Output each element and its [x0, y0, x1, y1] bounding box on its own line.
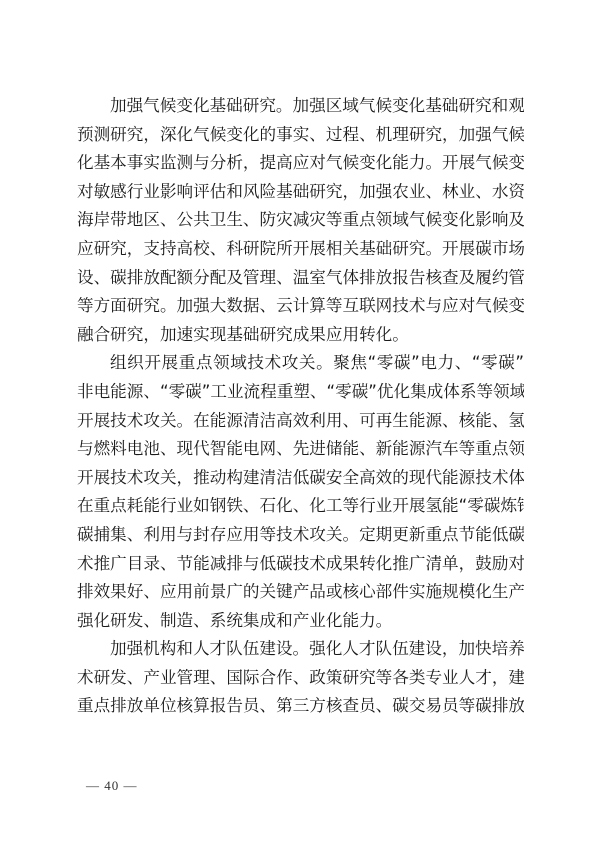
paragraph-2-line-3: 开展技术攻关。在能源清洁高效利用、可再生能源、核能、氢能 [77, 407, 524, 436]
page-number: — 40 — [86, 778, 138, 794]
paragraph-2-line-6: 在重点耗能行业如钢铁、石化、化工等行业开展氢能“零碳炼钢”、 [77, 492, 524, 521]
paragraph-2-line-8: 术推广目录、节能减排与低碳技术成果转化推广清单，鼓励对减 [77, 550, 524, 579]
paragraph-2-line-9: 排效果好、应用前景广的关键产品或核心部件实施规模化生产， [77, 578, 524, 607]
paragraph-3-line-1: 加强机构和人才队伍建设。强化人才队伍建设，加快培养技 [77, 635, 524, 664]
paragraph-2-line-5: 开展技术攻关，推动构建清洁低碳安全高效的现代能源技术体系。 [77, 464, 524, 493]
paragraph-1-line-5: 海岸带地区、公共卫生、防灾减灾等重点领域气候变化影响及适 [77, 206, 524, 235]
paragraph-3-line-2: 术研发、产业管理、国际合作、政策研究等各类专业人才，建立 [77, 664, 524, 693]
paragraph-2-line-10: 强化研发、制造、系统集成和产业化能力。 [77, 607, 524, 636]
paragraph-2-line-4: 与燃料电池、现代智能电网、先进储能、新能源汽车等重点领域 [77, 435, 524, 464]
paragraph-1-line-6: 应研究，支持高校、科研院所开展相关基础研究。开展碳市场建 [77, 235, 524, 264]
paragraph-1-line-1: 加强气候变化基础研究。加强区域气候变化基础研究和观测 [77, 92, 524, 121]
paragraph-2-line-1: 组织开展重点领域技术攻关。聚焦“零碳”电力、“零碳” [77, 349, 524, 378]
body-text: 加强气候变化基础研究。加强区域气候变化基础研究和观测 预测研究，深化气候变化的事… [77, 92, 524, 721]
document-page: 加强气候变化基础研究。加强区域气候变化基础研究和观测 预测研究，深化气候变化的事… [0, 0, 600, 848]
paragraph-1-line-7: 设、碳排放配额分配及管理、温室气体排放报告核查及履约管理 [77, 264, 524, 293]
paragraph-2-line-2: 非电能源、“零碳”工业流程重塑、“零碳”优化集成体系等领域 [77, 378, 524, 407]
paragraph-2-line-7: 碳捕集、利用与封存应用等技术攻关。定期更新重点节能低碳技 [77, 521, 524, 550]
paragraph-1-line-9: 融合研究，加速实现基础研究成果应用转化。 [77, 321, 524, 350]
paragraph-1-line-4: 对敏感行业影响评估和风险基础研究，加强农业、林业、水资源、 [77, 178, 524, 207]
paragraph-3-line-3: 重点排放单位核算报告员、第三方核查员、碳交易员等碳排放权 [77, 692, 524, 721]
paragraph-1-line-8: 等方面研究。加强大数据、云计算等互联网技术与应对气候变化 [77, 292, 524, 321]
paragraph-1-line-2: 预测研究，深化气候变化的事实、过程、机理研究，加强气候变 [77, 121, 524, 150]
paragraph-1-line-3: 化基本事实监测与分析，提高应对气候变化能力。开展气候变化 [77, 149, 524, 178]
